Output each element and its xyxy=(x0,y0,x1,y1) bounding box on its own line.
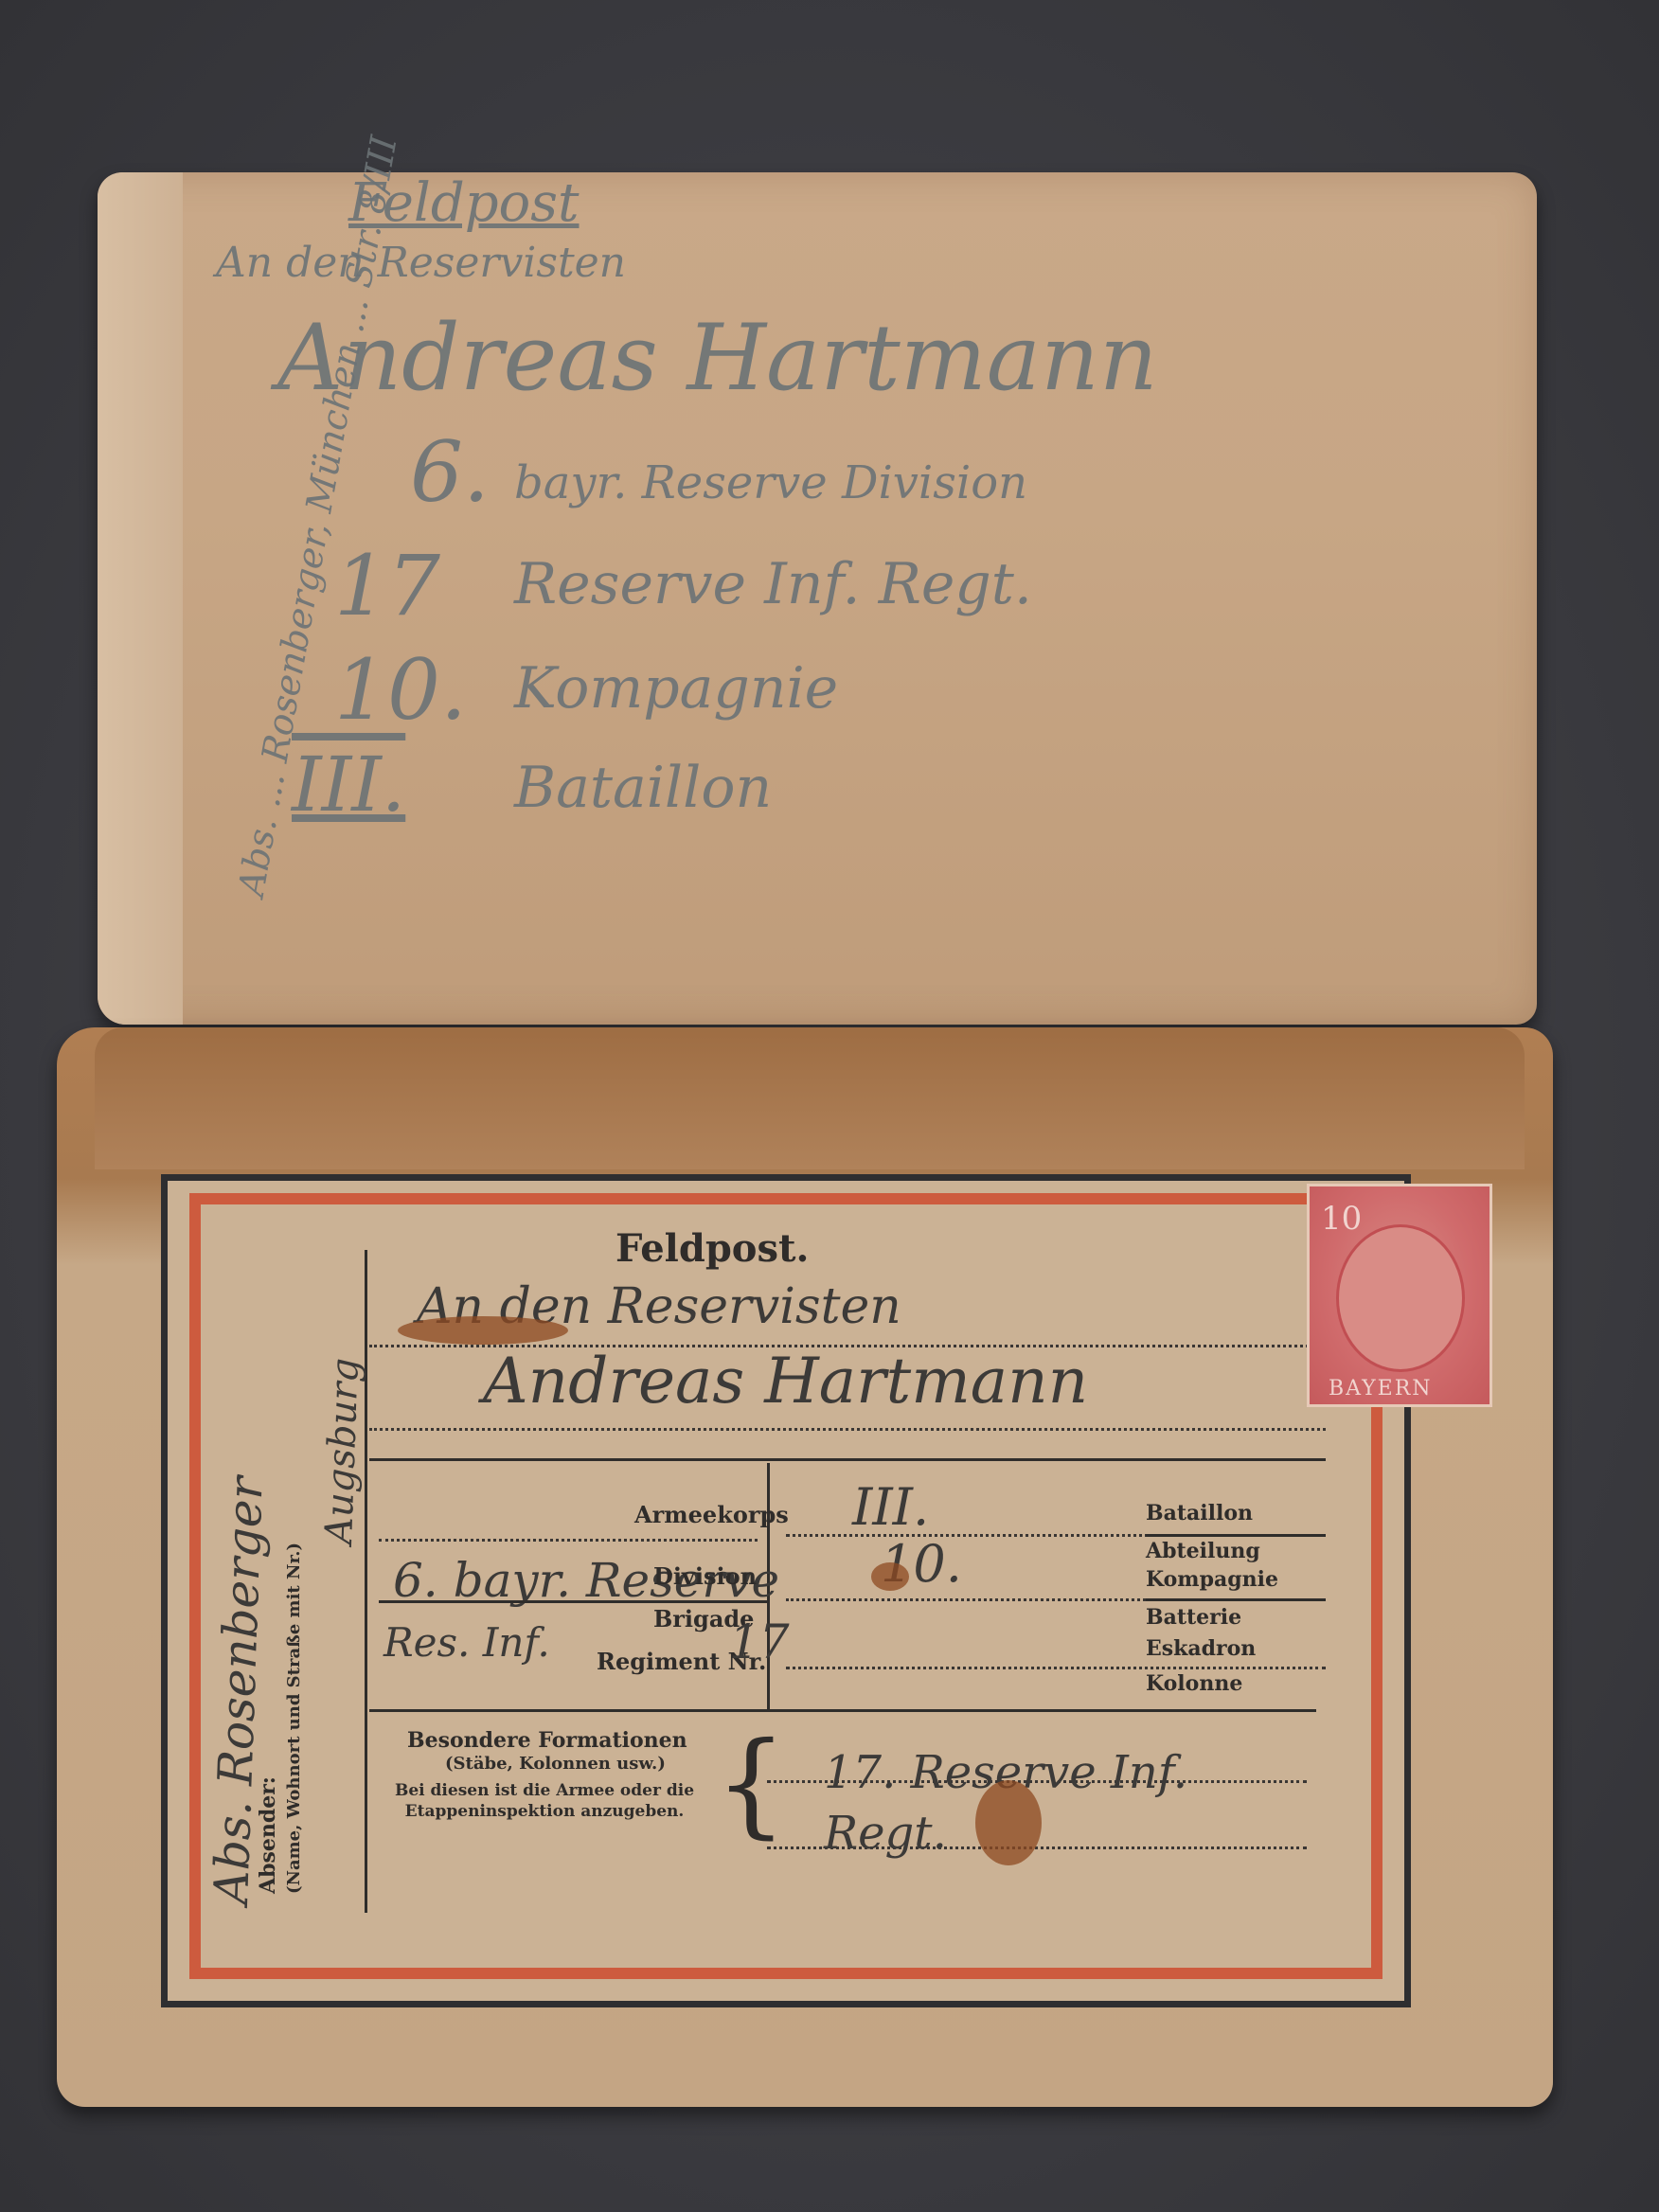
section-divider xyxy=(369,1709,1316,1712)
unit-text: Bataillon xyxy=(514,755,772,821)
unit-text: bayr. Reserve Division xyxy=(514,456,1027,509)
field-line xyxy=(786,1667,1326,1669)
rust-stain xyxy=(398,1316,568,1345)
field-divider xyxy=(1146,1598,1326,1601)
sender-divider xyxy=(365,1250,367,1913)
box-top-side-edge xyxy=(98,172,183,1025)
field-label-bataillon: Bataillon xyxy=(1146,1501,1253,1525)
handwritten-recipient: Andreas Hartmann xyxy=(483,1345,1088,1418)
special-formations-label: Besondere Formationen xyxy=(407,1728,687,1753)
address-line xyxy=(369,1428,1326,1431)
printed-title: Feldpost. xyxy=(615,1226,809,1271)
unit-text: Reserve Inf. Regt. xyxy=(514,551,1032,617)
unit-text: Kompagnie xyxy=(514,655,838,722)
unit-number: 6. xyxy=(410,423,490,521)
special-formations-handwritten: 17. Reserve Inf. Regt. xyxy=(824,1742,1259,1864)
field-label-armeekorps: Armeekorps xyxy=(634,1501,789,1528)
field-label-kolonne: Kolonne xyxy=(1146,1671,1242,1696)
addressee-line: An den Reservisten xyxy=(216,239,626,287)
stamp-country: BAYERN xyxy=(1329,1377,1433,1400)
field-value-regiment: Res. Inf. xyxy=(384,1619,550,1666)
feldpost-box-top: Abs. ... Rosenberger, München ... Str. 8… xyxy=(98,172,1537,1025)
special-formations-sublabel: (Stäbe, Kolonnen usw.) xyxy=(445,1754,666,1774)
field-divider xyxy=(1146,1534,1326,1537)
postage-stamp: 10 BAYERN xyxy=(1307,1184,1492,1407)
field-value-bataillon: III. xyxy=(852,1477,929,1537)
unit-number: III. xyxy=(292,740,405,829)
field-label-eskadron: Eskadron xyxy=(1146,1636,1256,1661)
rust-stain xyxy=(975,1780,1042,1865)
sender-sublabel: (Name, Wohnort und Straße mit Nr.) xyxy=(284,1543,304,1894)
stamp-portrait-icon xyxy=(1336,1224,1465,1372)
special-formations-instruction: Bei diesen ist die Armee oder die Etappe… xyxy=(388,1780,701,1822)
brace: { xyxy=(715,1719,787,1850)
sender-handwritten-2: Augsburg xyxy=(317,1357,367,1544)
box-bottom-lid xyxy=(95,1027,1525,1169)
field-label-abteilung: Abteilung xyxy=(1146,1539,1260,1563)
field-divider xyxy=(379,1600,767,1603)
field-label-batterie: Batterie xyxy=(1146,1605,1241,1630)
rust-stain xyxy=(871,1562,909,1591)
section-divider xyxy=(369,1458,1326,1461)
field-line xyxy=(786,1598,1146,1601)
recipient-name: Andreas Hartmann xyxy=(277,305,1158,411)
field-line xyxy=(379,1539,758,1542)
unit-number: 17 xyxy=(334,537,440,634)
feldpost-label: Feldpost. An den Reservisten Andreas Har… xyxy=(161,1174,1411,2007)
unit-number: 10. xyxy=(334,641,467,739)
field-value-regiment-number: 17 xyxy=(729,1614,790,1669)
stamp-value: 10 xyxy=(1321,1200,1362,1238)
field-label-kompagnie: Kompagnie xyxy=(1146,1567,1278,1592)
field-label-division: Division xyxy=(653,1562,757,1590)
feldpost-header: Feldpost xyxy=(348,172,580,234)
